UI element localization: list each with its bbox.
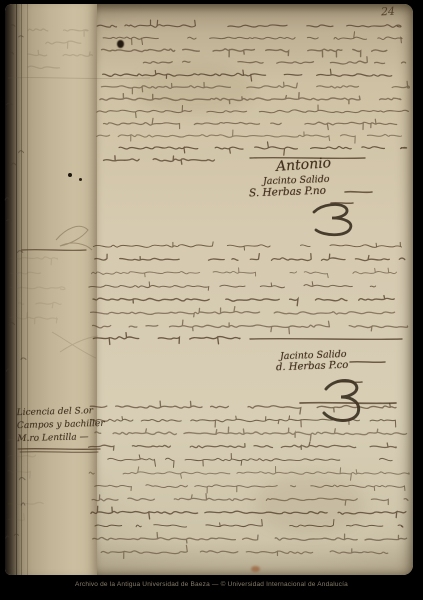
manuscript-page [97, 4, 413, 575]
scan-canvas: { "manuscript": { "folio_number": "24", … [0, 0, 423, 600]
book-gutter [5, 4, 97, 575]
manuscript-photo [5, 4, 413, 575]
margin-note: Licencia del S.or Campos y bachiller M.r… [17, 405, 104, 446]
page-edge-line [27, 4, 28, 575]
folio-number: 24 [381, 5, 396, 19]
page-edge-line [21, 4, 22, 575]
archive-caption: Archivo de la Antigua Universidad de Bae… [0, 581, 423, 588]
page-edge-line [16, 4, 17, 575]
margin-note-line: Campos y bachiller [17, 418, 103, 433]
margin-note-line: M.ro Lentilla — [17, 431, 103, 446]
